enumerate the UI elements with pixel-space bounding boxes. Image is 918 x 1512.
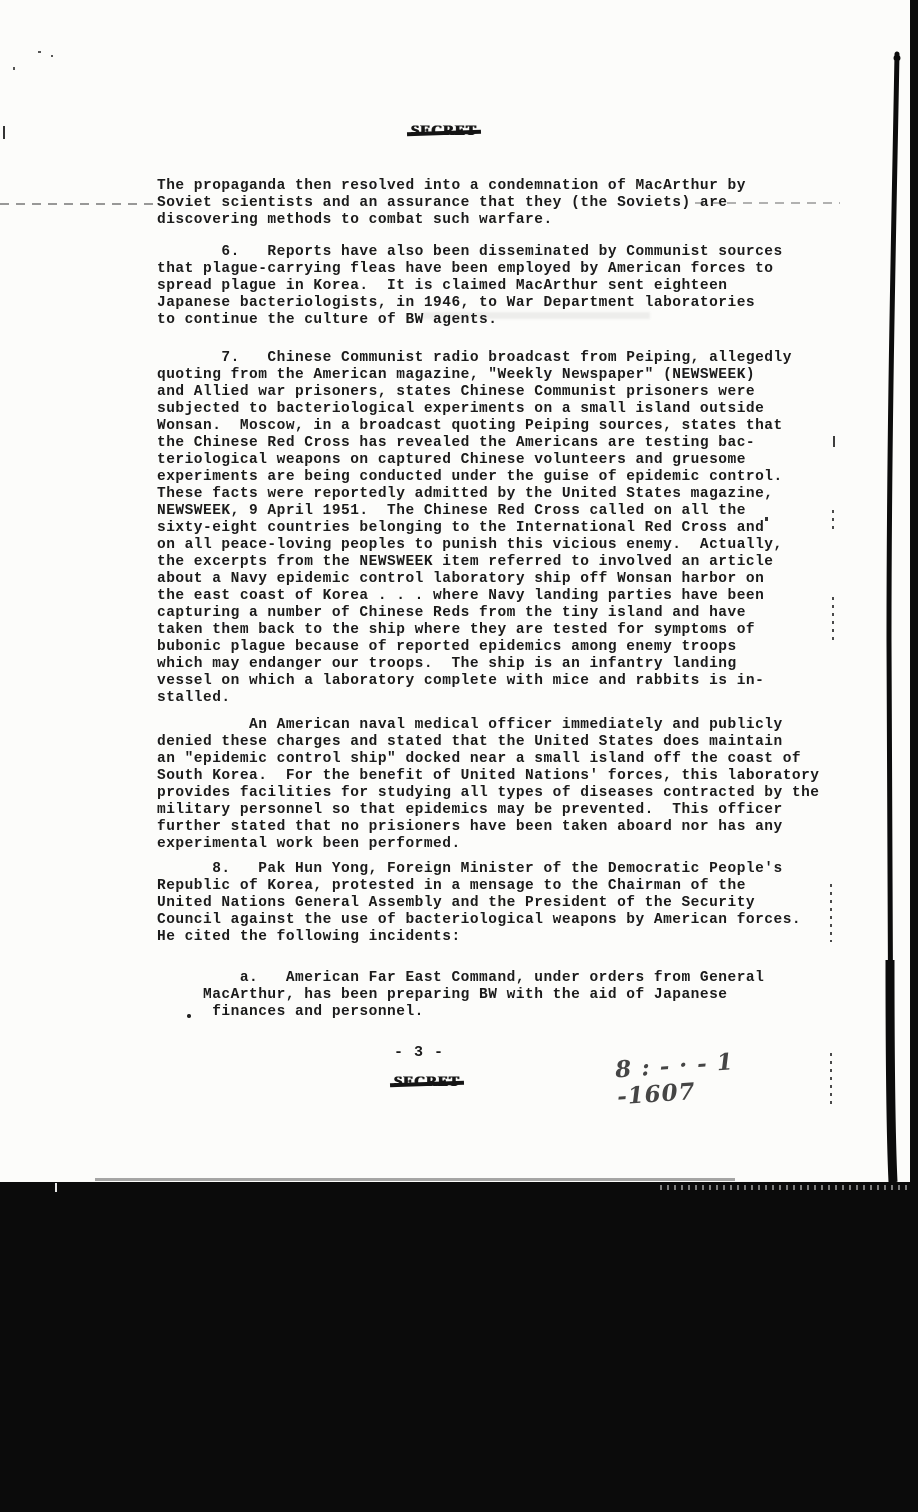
paragraph-naval-denial: An American naval medical officer immedi… <box>157 717 837 853</box>
document-body: The propaganda then resolved into a cond… <box>157 178 837 1021</box>
scanner-noise-row <box>660 1185 908 1190</box>
scanner-white-tick <box>55 1183 57 1192</box>
paragraph-intro: The propaganda then resolved into a cond… <box>157 178 837 229</box>
classification-stamp-bottom: SECRET <box>394 1074 460 1091</box>
scan-speck <box>13 67 15 70</box>
scan-tick-left-margin <box>3 126 5 139</box>
scan-speck <box>51 55 53 57</box>
page-number: - 3 - <box>394 1044 444 1061</box>
handwritten-file-number: 8 : - · - 1 -1607 <box>614 1044 802 1111</box>
scan-edge-streak <box>95 1178 735 1181</box>
classification-stamp-top: SECRET <box>411 123 477 140</box>
scanned-document: SECRET The propaganda then resolved into… <box>0 0 918 1512</box>
paragraph-7: 7. Chinese Communist radio broadcast fro… <box>157 350 837 707</box>
scan-speck <box>38 51 41 53</box>
document-page: SECRET The propaganda then resolved into… <box>0 0 910 1182</box>
paragraph-8a: a. American Far East Command, under orde… <box>157 970 837 1021</box>
paragraph-6: 6. Reports have also been disseminated b… <box>157 244 837 329</box>
scan-dash-line-lower-right <box>830 1053 832 1109</box>
paragraph-8: 8. Pak Hun Yong, Foreign Minister of the… <box>157 861 837 946</box>
scan-dash-line-left <box>0 203 156 205</box>
